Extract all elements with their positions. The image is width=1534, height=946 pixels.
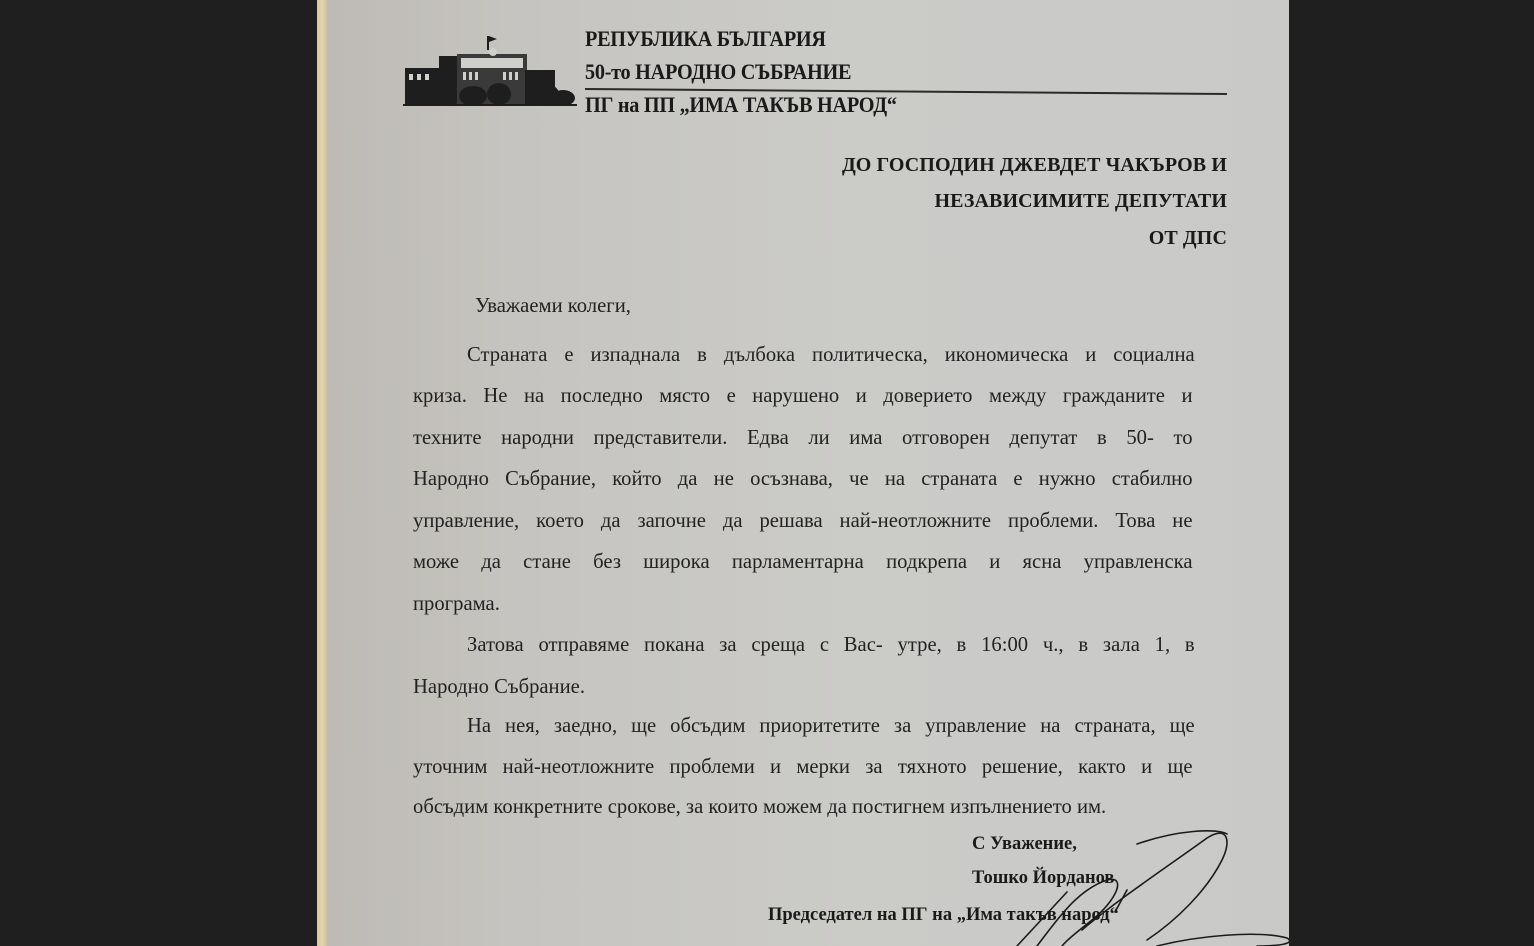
- body-line: Народно Събрание.: [413, 674, 1193, 699]
- paper-edge: [317, 0, 327, 946]
- addressee-line-3: ОТ ДПС: [1149, 227, 1227, 250]
- body-line: може да стане без широка парламентарна п…: [413, 549, 1193, 574]
- body-line: Страната е изпаднала в дълбока политичес…: [467, 342, 1195, 367]
- addressee-line-2: НЕЗАВИСИМИТЕ ДЕПУТАТИ: [934, 190, 1227, 213]
- letter-page: РЕПУБЛИКА БЪЛГАРИЯ 50-то НАРОДНО СЪБРАНИ…: [317, 0, 1289, 946]
- body-line: техните народни представители. Едва ли и…: [413, 425, 1193, 450]
- body-line: обсъдим конкретните срокове, за които мо…: [413, 794, 1193, 819]
- addressee-line-1: ДО ГОСПОДИН ДЖЕВДЕТ ЧАКЪРОВ И: [842, 154, 1227, 177]
- body-line: уточним най-неотложните проблеми и мерки…: [413, 754, 1193, 779]
- body-line: програма.: [413, 591, 1193, 616]
- salutation: Уважаеми колеги,: [475, 293, 631, 318]
- letterhead-party-group: ПГ на ПП „ИМА ТАКЪВ НАРОД“: [585, 92, 897, 118]
- body-line: управление, което да започне да решава н…: [413, 508, 1193, 533]
- parliament-building-icon: [403, 36, 577, 108]
- letterhead-assembly: 50-то НАРОДНО СЪБРАНИЕ: [585, 59, 851, 85]
- letterhead-republic: РЕПУБЛИКА БЪЛГАРИЯ: [585, 26, 826, 52]
- body-line: Народно Събрание, който да не осъзнава, …: [413, 466, 1193, 491]
- body-line: криза. Не на последно място е нарушено и…: [413, 383, 1193, 408]
- handwritten-signature: [877, 820, 1289, 946]
- body-line: На нея, заедно, ще обсъдим приоритетите …: [467, 713, 1195, 738]
- body-line: Затова отправяме покана за среща с Вас- …: [467, 632, 1195, 657]
